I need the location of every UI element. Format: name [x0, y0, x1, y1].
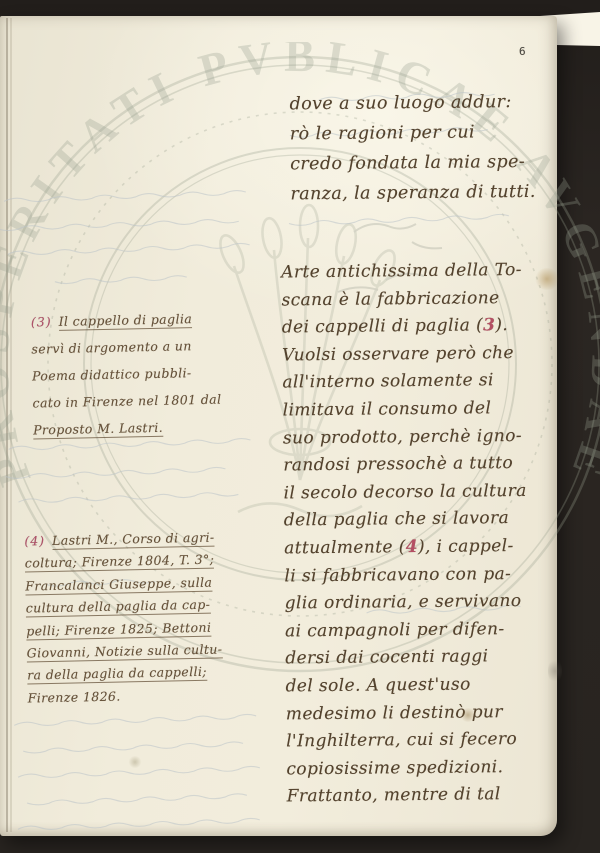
line-text: ).: [495, 315, 508, 335]
footnote-text: cultura della paglia da cap-: [26, 597, 211, 618]
line-text: dei cappelli di paglia (: [282, 316, 483, 338]
footnote-text: Proposto M. Lastri.: [33, 420, 163, 440]
manuscript-line: randosi pressochè a tutto: [283, 450, 557, 480]
page-number: 6: [519, 45, 526, 58]
manuscript-line: il secolo decorso la cultura: [283, 477, 557, 507]
footnote-text: Il cappello di paglia: [58, 311, 192, 331]
stain: [128, 756, 142, 768]
main-text-paragraph-1: dove a suo luogo addur: rò le ragioni pe…: [289, 87, 558, 210]
footnote-line: Proposto M. Lastri.: [33, 411, 272, 443]
manuscript-line: li si fabbricavano con pa-: [284, 560, 558, 590]
manuscript-line: Frattanto, mentre di tal: [287, 781, 561, 811]
line-text: attualmente (: [284, 537, 406, 558]
manuscript-line: glia ordinaria, e servivano: [285, 588, 559, 618]
manuscript-page-sheet: PROSPERITATI PVBLICAE AVGENDAE 6 dove a …: [0, 16, 557, 836]
footnote-4: (4)Lastri M., Corso di agri- coltura; Fi…: [24, 525, 270, 709]
manuscript-line: suo prodotto, perchè igno-: [283, 422, 557, 452]
manuscript-line: dove a suo luogo addur:: [289, 87, 557, 120]
manuscript-line: del sole. A quest'uso: [285, 670, 559, 700]
manuscript-line: Arte antichissima della To-: [281, 257, 555, 287]
footnote-text: ra della paglia da cappelli;: [27, 664, 207, 685]
manuscript-line-with-footnote-ref: dei cappelli di paglia (3).: [282, 312, 556, 342]
footnote-ref-4: 4: [406, 537, 418, 557]
footnote-text: coltura; Firenze 1804, T. 3°;: [25, 552, 215, 573]
footnote-3-label: (3): [31, 314, 52, 329]
manuscript-line: dersi dai cocenti raggi: [285, 643, 559, 673]
page-edge-line: [6, 18, 8, 832]
footnote-text: Lastri M., Corso di agri-: [52, 530, 215, 550]
manuscript-scan-photo: PROSPERITATI PVBLICAE AVGENDAE 6 dove a …: [0, 0, 600, 853]
footnote-text: Giovanni, Notizie sulla cultu-: [27, 641, 223, 662]
manuscript-line: scana è la fabbricazione: [281, 284, 555, 314]
manuscript-line: all'interno solamente si: [282, 367, 556, 397]
main-text-paragraph-2: Arte antichissima della To- scana è la f…: [281, 257, 561, 812]
footnote-text: pelli; Firenze 1825; Bettoni: [26, 619, 211, 640]
manuscript-line: della paglia che si lavora: [284, 505, 558, 535]
footnote-text: Francalanci Giuseppe, sulla: [25, 574, 212, 595]
manuscript-line: copiosissime spedizioni.: [286, 753, 560, 783]
manuscript-line: ai campagnoli per difen-: [285, 615, 559, 645]
footnote-3: (3)Il cappello di paglia servì di argome…: [31, 304, 272, 444]
manuscript-line: l'Inghilterra, cui si fecero: [286, 726, 560, 756]
footnote-line: Firenze 1826.: [27, 682, 269, 709]
manuscript-line: medesimo li destinò pur: [286, 698, 560, 728]
footnote-ref-3: 3: [483, 315, 495, 335]
manuscript-line: credo fondata la mia spe-: [290, 147, 558, 180]
footnote-4-label: (4): [24, 533, 45, 548]
manuscript-line: ranza, la speranza di tutti.: [290, 177, 558, 210]
line-text: ), i cappel-: [418, 536, 514, 557]
page-edge-line: [10, 18, 12, 832]
manuscript-line: Vuolsi osservare però che: [282, 339, 556, 369]
manuscript-line: limitava il consumo del: [283, 395, 557, 425]
manuscript-line-with-footnote-ref: attualmente (4), i cappel-: [284, 533, 558, 563]
manuscript-line: rò le ragioni per cui: [290, 117, 558, 150]
